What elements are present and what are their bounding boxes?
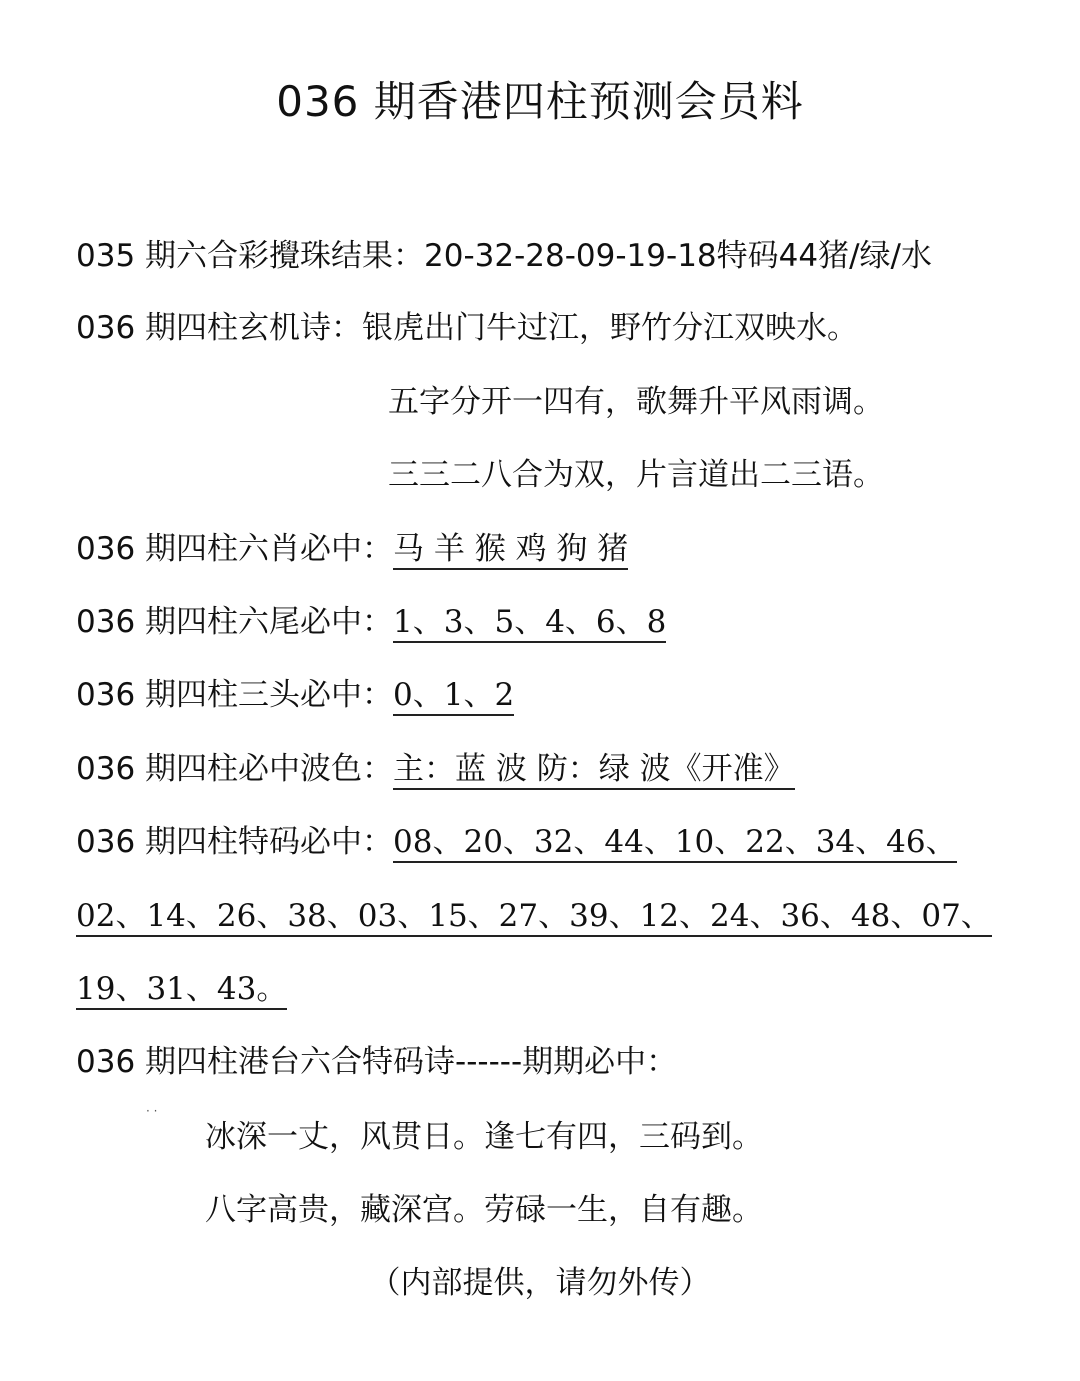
zodiac-line: 036 期四柱六肖必中：马 羊 猴 鸡 狗 猪 [76,527,628,571]
result-label: 035 期六合彩攪珠结果： [76,238,424,274]
special-numbers-value-2: 02、14、26、38、03、15、27、39、12、24、36、48、07、 [76,898,992,937]
wave-line: 036 期四柱必中波色：主：蓝 波 防：绿 波《开准》 [76,747,795,791]
poem-text: 银虎出门牛过江，野竹分江双映水。 [362,310,858,346]
special-numbers-label: 036 期四柱特码必中： [76,824,393,860]
special-numbers-value-1: 08、20、32、44、10、22、34、46、 [393,824,957,863]
wave-label: 036 期四柱必中波色： [76,751,393,787]
tails-value: 1、3、5、4、6、8 [393,604,666,643]
special-poem-line-2: 八字高贵，藏深宫。劳碌一生，自有趣。 [205,1188,763,1232]
special-numbers-line-1: 036 期四柱特码必中：08、20、32、44、10、22、34、46、 [76,820,957,864]
zodiac-value: 马 羊 猴 鸡 狗 猪 [393,531,628,570]
poem-line-2: 五字分开一四有，歌舞升平风雨调。 [388,380,884,424]
footer-note: （内部提供，请勿外传） [0,1261,1080,1305]
tails-line: 036 期四柱六尾必中：1、3、5、4、6、8 [76,600,666,644]
poem-line-3: 三三二八合为双，片言道出二三语。 [388,453,884,497]
special-poem-line-1: 冰深一丈，风贯日。逢七有四，三码到。 [205,1115,763,1159]
zodiac-label: 036 期四柱六肖必中： [76,531,393,567]
heads-value: 0、1、2 [393,677,514,716]
special-numbers-line-3: 19、31、43。 [76,967,287,1011]
wave-value: 主：蓝 波 防：绿 波《开准》 [393,751,795,790]
result-special: 特码44猪/绿/水 [717,238,932,274]
special-numbers-value-3: 19、31、43。 [76,971,287,1010]
poem-label: 036 期四柱玄机诗： [76,310,362,346]
poem-line-1: 036 期四柱玄机诗：银虎出门牛过江，野竹分江双映水。 [76,306,858,350]
heads-line: 036 期四柱三头必中：0、1、2 [76,673,514,717]
result-numbers: 20-32-28-09-19-18 [424,238,717,274]
special-numbers-line-2: 02、14、26、38、03、15、27、39、12、24、36、48、07、 [76,894,992,938]
heads-label: 036 期四柱三头必中： [76,677,393,713]
tails-label: 036 期四柱六尾必中： [76,604,393,640]
special-poem-header: 036 期四柱港台六合特码诗------期期必中： [76,1040,677,1084]
page-title: 036 期香港四柱预测会员料 [0,72,1080,132]
result-line: 035 期六合彩攪珠结果：20-32-28-09-19-18特码44猪/绿/水 [76,234,932,278]
stray-dots: · · [146,1104,157,1118]
